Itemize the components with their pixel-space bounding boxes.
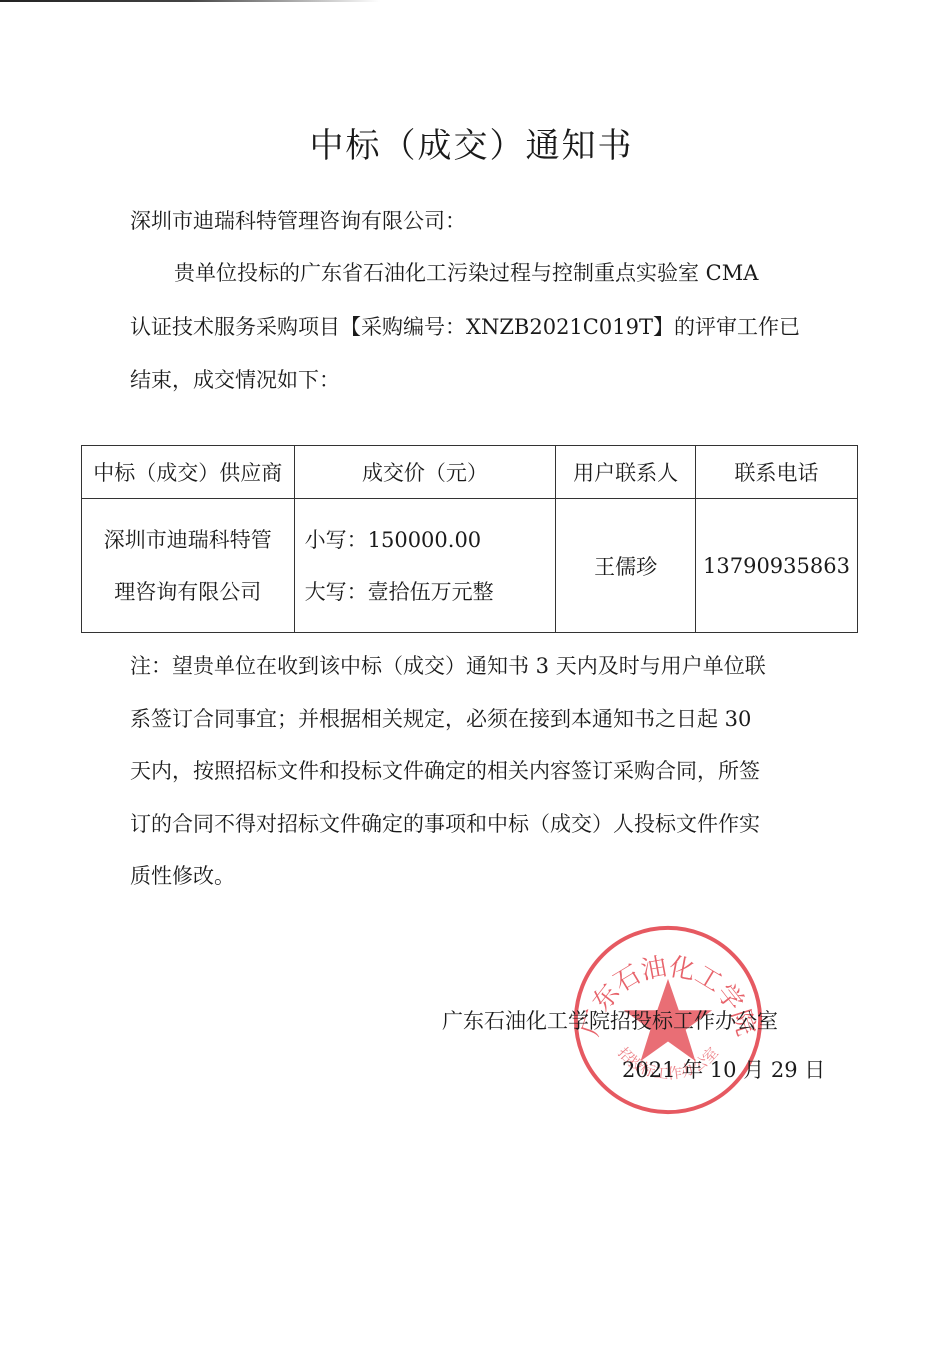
note-line-4: 订的合同不得对招标文件确定的事项和中标（成交）人投标文件作实: [130, 808, 760, 838]
price-upper: 大写：壹拾伍万元整: [305, 566, 556, 618]
table-row: 深圳市迪瑞科特管 理咨询有限公司 小写：150000.00 大写：壹拾伍万元整 …: [82, 499, 858, 633]
cell-phone: 13790935863: [696, 499, 858, 633]
note-line-3: 天内，按照招标文件和投标文件确定的相关内容签订采购合同，所签: [130, 755, 760, 785]
header-phone: 联系电话: [696, 446, 858, 499]
award-table: 中标（成交）供应商 成交价（元） 用户联系人 联系电话 深圳市迪瑞科特管 理咨询…: [81, 445, 858, 633]
note-line-1: 注：望贵单位在收到该中标（成交）通知书 3 天内及时与用户单位联: [130, 650, 766, 680]
issuer-name: 广东石油化工学院招投标工作办公室: [442, 1005, 778, 1035]
scan-edge-artifact: [0, 0, 380, 2]
issue-date: 2021 年 10 月 29 日: [622, 1054, 825, 1084]
table-header-row: 中标（成交）供应商 成交价（元） 用户联系人 联系电话: [82, 446, 858, 499]
supplier-line-2: 理咨询有限公司: [82, 566, 294, 618]
note-line-5: 质性修改。: [130, 860, 235, 890]
price-lower: 小写：150000.00: [305, 514, 556, 566]
document-title: 中标（成交）通知书: [0, 118, 943, 167]
header-contact: 用户联系人: [556, 446, 696, 499]
body-line-1: 贵单位投标的广东省石油化工污染过程与控制重点实验室 CMA: [174, 257, 758, 287]
cell-contact: 王儒珍: [556, 499, 696, 633]
body-line-3: 结束，成交情况如下：: [130, 364, 340, 394]
header-price: 成交价（元）: [294, 446, 556, 499]
header-supplier: 中标（成交）供应商: [82, 446, 295, 499]
cell-supplier: 深圳市迪瑞科特管 理咨询有限公司: [82, 499, 295, 633]
supplier-line-1: 深圳市迪瑞科特管: [82, 514, 294, 566]
addressee: 深圳市迪瑞科特管理咨询有限公司：: [130, 205, 466, 235]
body-line-2: 认证技术服务采购项目【采购编号：XNZB2021C019T】的评审工作已: [130, 311, 800, 341]
cell-price: 小写：150000.00 大写：壹拾伍万元整: [294, 499, 556, 633]
note-line-2: 系签订合同事宜；并根据相关规定，必须在接到本通知书之日起 30: [130, 703, 751, 733]
